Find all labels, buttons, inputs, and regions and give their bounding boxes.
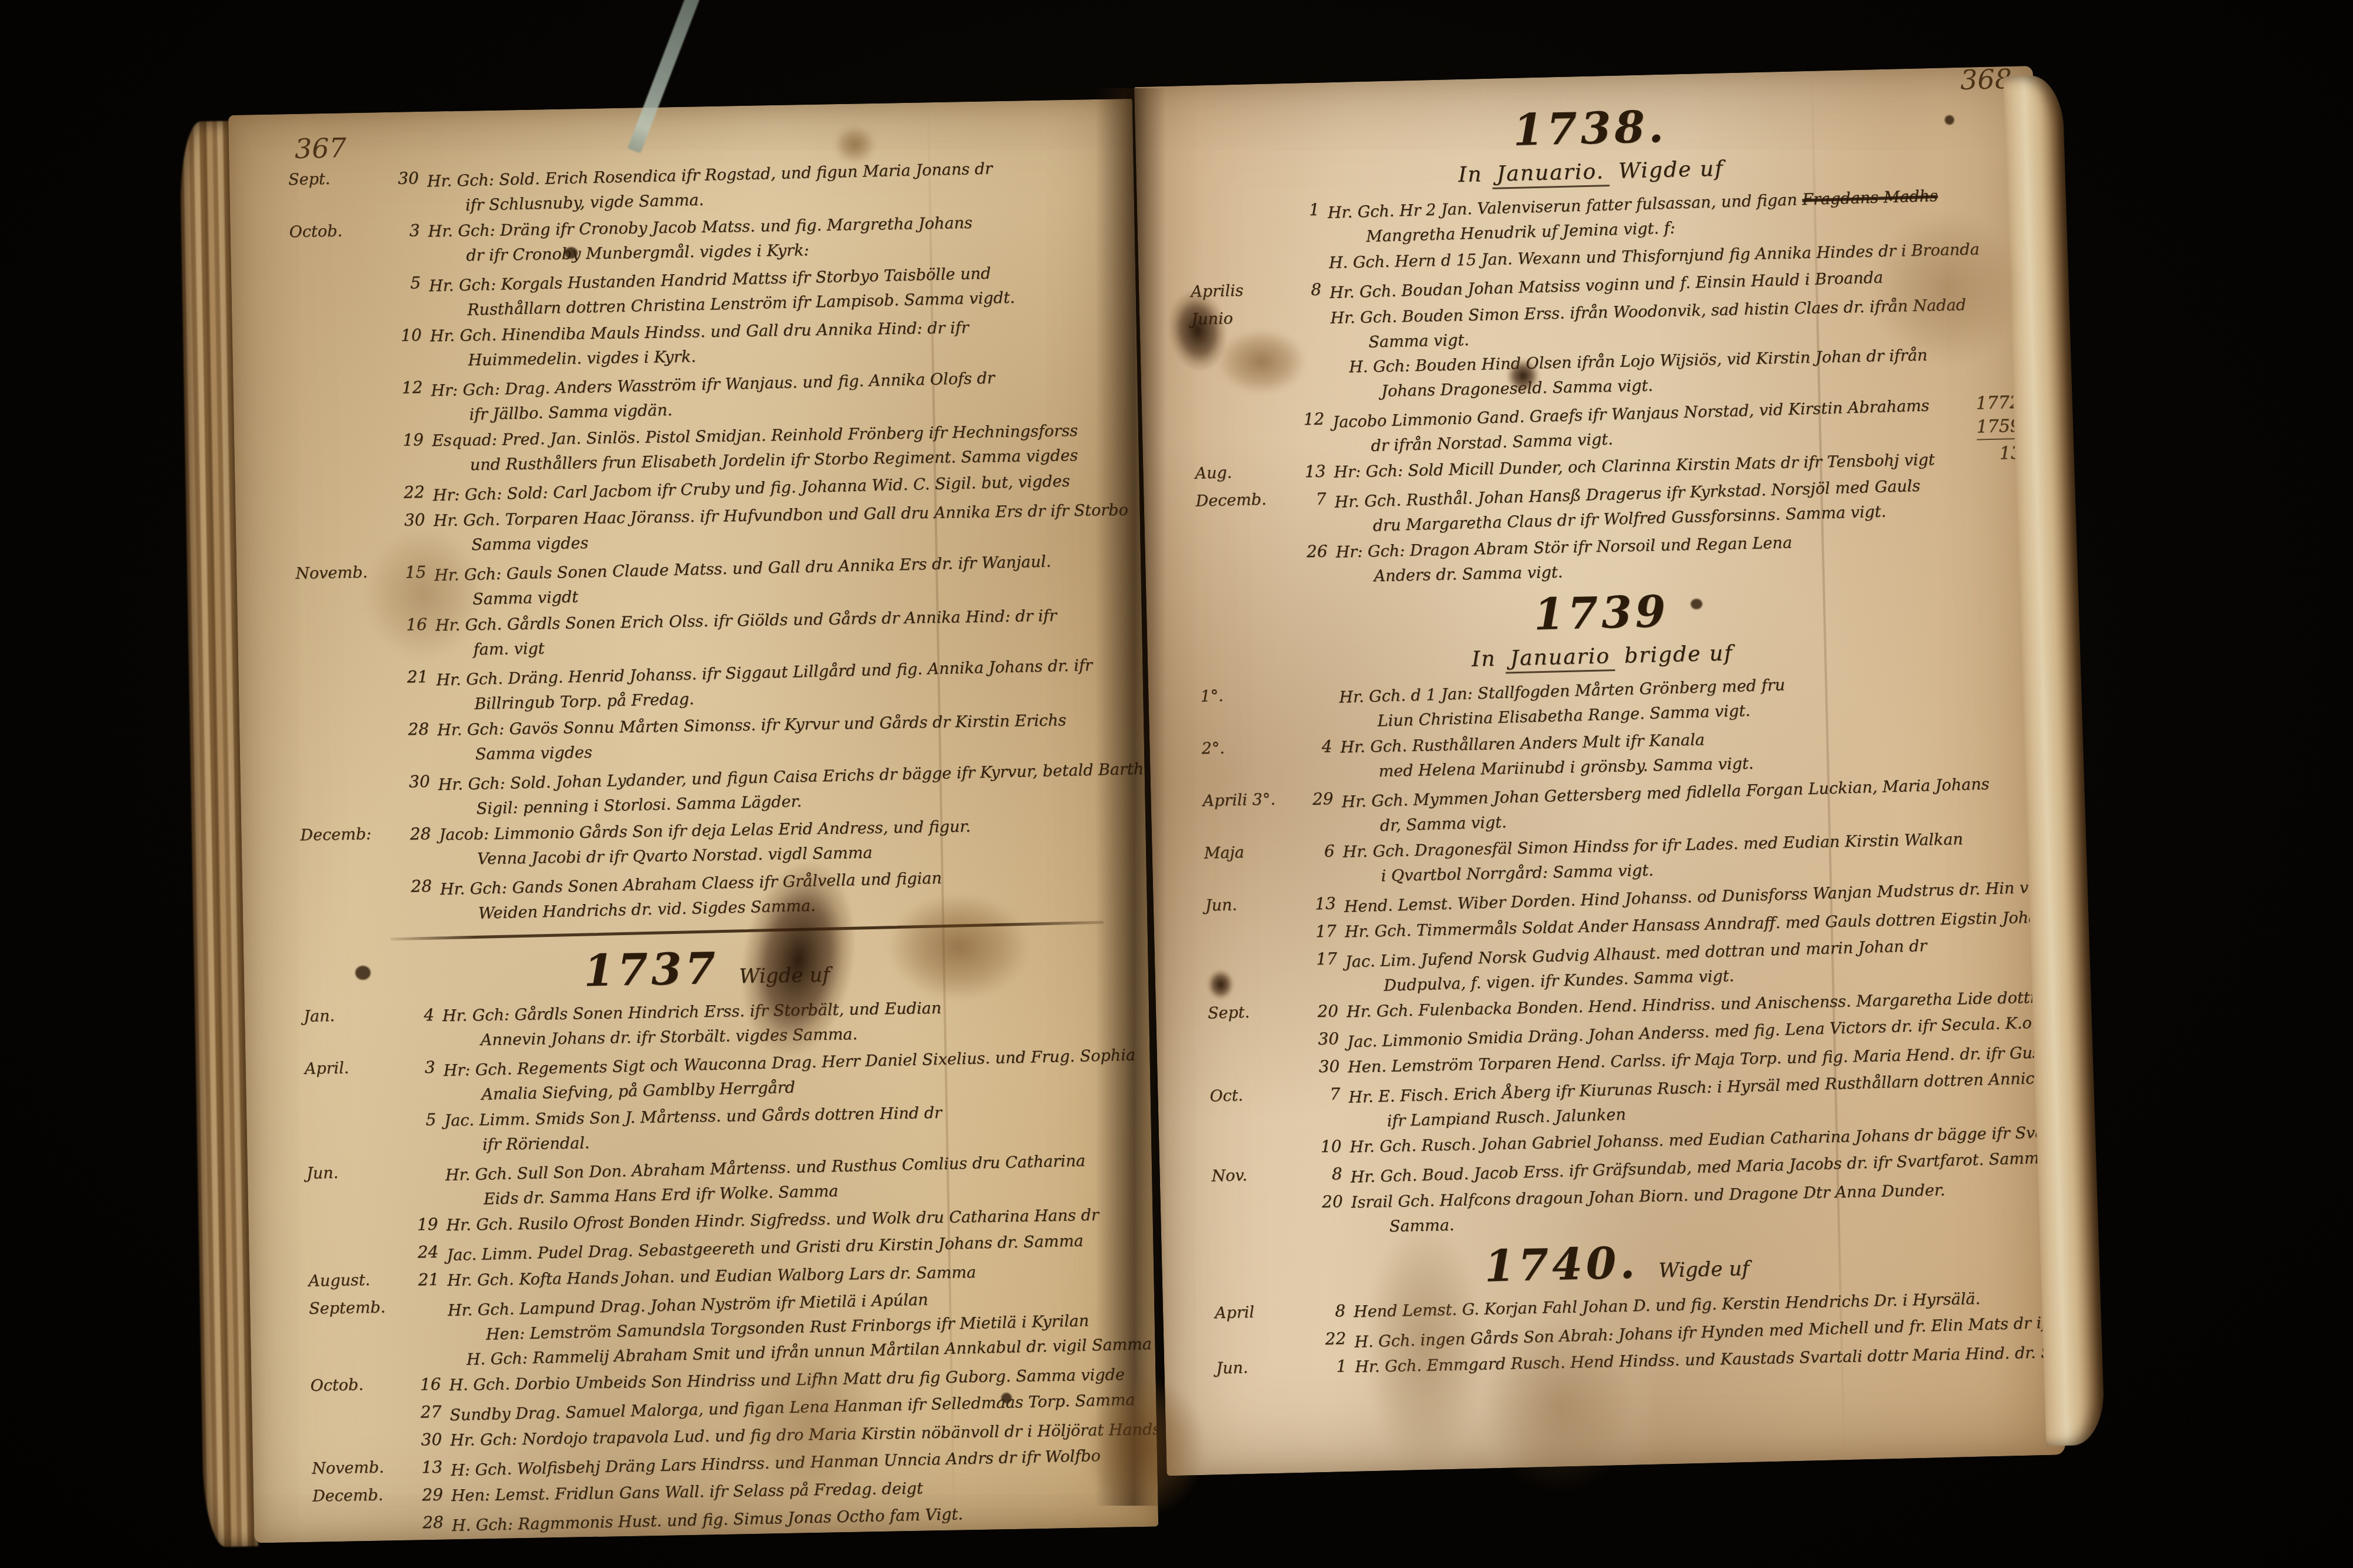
- right-page-entries: 1738.InJanuario.Wigde uf1Hr. Gch. Hr 2 J…: [1134, 66, 2064, 1406]
- entry-month-margin: [293, 431, 387, 482]
- entry-text: Jac. Limm. Smids Son J. Mårtenss. und Gå…: [444, 1098, 1114, 1158]
- entry-month-margin: [297, 668, 391, 719]
- month-heading-pre: In: [1471, 647, 1496, 672]
- entry-month-margin: [311, 1430, 405, 1457]
- entry-month-margin: Decemb:: [300, 825, 394, 876]
- entry-month-margin: [294, 483, 388, 509]
- entry-text: Hr. Gch: Gauls Sonen Claude Matss. und G…: [434, 548, 1104, 613]
- right-page: 368 1772 1759 13 1738.InJanuario.Wigde u…: [1134, 66, 2065, 1476]
- entry-day: 13: [408, 1457, 448, 1483]
- entry-month-margin: April.: [304, 1058, 398, 1109]
- entry-month-margin: Aprili 3°.: [1202, 790, 1297, 842]
- entry-month-margin: [298, 720, 392, 771]
- entry-month-margin: Jun.: [1205, 895, 1298, 922]
- entry-day: [1287, 252, 1326, 278]
- entry-month-margin: Oct.: [1209, 1085, 1304, 1137]
- month-heading-note: brigde uf: [1624, 641, 1734, 668]
- entry-day: 1: [1285, 199, 1325, 250]
- entry-day: 28: [395, 719, 435, 769]
- year-note: Wigde uf: [739, 963, 830, 989]
- entry-text: Hr. Gch: Gavös Sonnu Mårten Simonss. ifr…: [437, 708, 1106, 768]
- entry-month-margin: Jun.: [306, 1163, 401, 1214]
- entry-day: 15: [392, 562, 432, 612]
- entry-month-margin: Aug.: [1195, 462, 1288, 489]
- entry-month-margin: [1190, 253, 1284, 280]
- entry-month-margin: [1207, 950, 1301, 1002]
- entry-day: 19: [404, 1215, 443, 1240]
- entry-day: 19: [389, 430, 429, 480]
- entry-month-margin: Junio: [1191, 308, 1287, 409]
- entry-day: 30: [391, 510, 431, 560]
- entry-day: 30: [396, 772, 436, 822]
- entry-day: 24: [404, 1242, 444, 1267]
- entry-day: 22: [1312, 1329, 1351, 1355]
- entry-month-margin: [311, 1403, 404, 1429]
- ink-speck: [355, 966, 371, 980]
- entry-day: [1288, 307, 1329, 407]
- entry-day: 29: [1299, 789, 1339, 839]
- entry-month-margin: Decemb.: [1195, 490, 1289, 542]
- ink-speck: [1945, 115, 1954, 125]
- entry-day: 17: [1302, 921, 1342, 947]
- entry-month-margin: Jun.: [1216, 1357, 1309, 1384]
- entry-month-margin: Novemb.: [295, 563, 389, 614]
- book-gutter-shadow: [1095, 88, 1166, 1506]
- month-heading-pre: In: [1458, 162, 1482, 187]
- entry-month-margin: Octob.: [289, 221, 383, 272]
- entry-day: 3: [385, 221, 425, 271]
- entry-day: 13: [1291, 461, 1331, 487]
- entry-text: Hr. Gch: Dräng ifr Cronoby Jacob Matss. …: [428, 209, 1097, 269]
- month-heading-month: Januario.: [1492, 159, 1609, 189]
- entry-month-margin: [1208, 1030, 1302, 1057]
- entry-month-margin: [305, 1110, 399, 1162]
- entry-month-margin: 1°.: [1200, 685, 1294, 737]
- entry-month-margin: [1211, 1137, 1304, 1165]
- entry-day: 28: [409, 1513, 449, 1538]
- entry-text: Hr. Gch: Korgals Hustanden Handrid Matts…: [429, 259, 1099, 323]
- ink-speck: [1001, 1393, 1012, 1403]
- entry-day: 20: [1304, 1001, 1344, 1027]
- entry-day: 12: [1290, 409, 1330, 459]
- entry-day: 30: [408, 1430, 447, 1455]
- entry-month-margin: [1197, 542, 1291, 594]
- entry-day: 29: [409, 1485, 448, 1510]
- entry-day: 28: [398, 876, 438, 926]
- entry-text: Hr. Gch: Sold. Erich Rosendica ifr Rogst…: [427, 155, 1097, 219]
- entry-text: Hr. Gch. Sull Son Don. Abraham Mårtenss.…: [445, 1148, 1115, 1213]
- register-entry: JunioHr. Gch. Bouden Simon Erss. ifrån W…: [1191, 292, 1999, 409]
- entry-month-margin: [1209, 1057, 1302, 1085]
- entry-day: 30: [1305, 1029, 1344, 1055]
- entry-day: 28: [396, 824, 436, 874]
- entry-month-margin: [1189, 201, 1283, 252]
- month-heading-note: Wigde uf: [1618, 156, 1724, 183]
- entry-month-margin: [1215, 1330, 1309, 1357]
- left-page-entries: Sept.30Hr. Gch: Sold. Erich Rosendica if…: [228, 99, 1158, 1543]
- entry-day: 20: [1308, 1192, 1348, 1242]
- entry-text: Hr. Gch: Gands Sonen Abraham Claess ifr …: [440, 862, 1110, 927]
- entry-month-margin: [301, 877, 395, 928]
- entry-day: 3: [401, 1057, 441, 1107]
- entry-day: [1297, 684, 1337, 735]
- entry-month-margin: [294, 511, 388, 562]
- entry-day: 16: [393, 615, 433, 665]
- entry-day: 7: [1306, 1084, 1346, 1135]
- year-label: 1739: [1533, 586, 1669, 640]
- entry-day: 27: [407, 1402, 446, 1427]
- entry-day: 21: [405, 1270, 444, 1295]
- entry-month-margin: [1194, 410, 1288, 462]
- entry-month-margin: Maja: [1204, 842, 1298, 894]
- entry-day: 10: [388, 325, 428, 375]
- entry-day: 22: [391, 482, 430, 508]
- entry-month-margin: [291, 326, 385, 377]
- entry-month-margin: [299, 772, 394, 823]
- entry-month-margin: [313, 1513, 406, 1540]
- entry-day: 10: [1307, 1136, 1347, 1162]
- entry-day: 30: [1305, 1056, 1345, 1082]
- entry-day: 8: [1287, 279, 1327, 305]
- entry-day: [403, 1162, 443, 1212]
- entry-month-margin: [1206, 922, 1299, 949]
- entry-text: Hr: Gch: Drag. Anders Wasström ifr Wanja…: [431, 363, 1101, 428]
- entry-month-margin: Sept.: [1208, 1002, 1301, 1029]
- entry-text: Hr. Gch. Torparen Haac Jöranss. ifr Hufv…: [433, 498, 1128, 559]
- entry-day: 17: [1303, 949, 1343, 999]
- entry-month-margin: Sept.: [288, 169, 382, 220]
- entry-month-margin: [308, 1243, 401, 1269]
- entry-month-margin: Nov.: [1211, 1165, 1305, 1192]
- entry-month-margin: Aprilis: [1191, 281, 1284, 308]
- entry-text: Hr. Gch: Gårdls Sonen Hindrich Erss. ifr…: [442, 993, 1112, 1053]
- register-entry: Septemb.Hr. Gch. Lampund Drag. Johan Nys…: [309, 1285, 1118, 1374]
- entry-month-margin: [296, 615, 391, 666]
- entry-text: Jacob: Limmonio Gårds Son ifr deja Lelas…: [439, 812, 1108, 872]
- entry-text: Hr. Gch. Lampund Drag. Johan Nyström ifr…: [448, 1283, 1152, 1373]
- entry-month-margin: Septemb.: [309, 1298, 403, 1374]
- year-note: Wigde uf: [1658, 1257, 1749, 1283]
- entry-day: 4: [400, 1005, 440, 1055]
- entry-day: 13: [1301, 893, 1341, 919]
- entry-day: 12: [388, 378, 428, 428]
- month-heading-month: Januario: [1505, 644, 1615, 673]
- entry-text: Esquad: Pred. Jan. Sinlös. Pistol Smidja…: [432, 418, 1101, 478]
- entry-day: 21: [394, 667, 434, 717]
- year-label: 1740.: [1484, 1237, 1639, 1292]
- entry-day: 4: [1298, 736, 1338, 787]
- year-heading: 1737Wigde uf: [302, 936, 1111, 1002]
- entry-text: Hr. Gch. Dräng. Henrid Johanss. ifr Sigg…: [436, 653, 1106, 718]
- entry-month-margin: April: [1215, 1302, 1308, 1329]
- entry-month-margin: Decemb.: [312, 1486, 406, 1512]
- entry-month-margin: August.: [308, 1270, 402, 1297]
- entry-text: Hr. Gch. Gårdls Sonen Erich Olss. ifr Gi…: [435, 603, 1105, 663]
- entry-text: Hr. Gch. Bouden Simon Erss. ifrån Woodon…: [1330, 292, 1999, 405]
- entry-day: 8: [1308, 1164, 1347, 1190]
- entry-day: 5: [386, 273, 426, 323]
- entry-day: 30: [385, 168, 425, 218]
- entry-month-margin: Octob.: [310, 1375, 404, 1402]
- entry-month-margin: [307, 1215, 401, 1242]
- entry-month-margin: [292, 378, 386, 429]
- entry-month-margin: [1212, 1193, 1306, 1245]
- ink-speck: [1691, 599, 1702, 609]
- entry-month-margin: [290, 273, 384, 325]
- struck-out-text: Fragdans Madhs: [1802, 187, 1938, 209]
- entry-day: 16: [406, 1374, 446, 1400]
- year-label: 1737: [583, 943, 719, 996]
- entry-day: 6: [1300, 841, 1340, 892]
- entry-month-margin: Novemb.: [312, 1458, 405, 1484]
- ink-speck: [565, 247, 578, 259]
- entry-day: 5: [402, 1110, 442, 1160]
- photograph-of-open-register-book: 367 Sept.30Hr. Gch: Sold. Erich Rosendic…: [0, 0, 2353, 1568]
- entry-day: 7: [1292, 489, 1332, 539]
- entry-day: 8: [1311, 1301, 1351, 1327]
- entry-day: 26: [1293, 541, 1333, 592]
- left-page: 367 Sept.30Hr. Gch: Sold. Erich Rosendic…: [228, 99, 1158, 1543]
- entry-day: 1: [1312, 1356, 1352, 1382]
- entry-month-margin: Jan.: [304, 1006, 398, 1057]
- entry-text: Hr. Gch. Hinendiba Mauls Hindss. und Gal…: [430, 313, 1099, 373]
- year-label: 1738.: [1512, 102, 1668, 156]
- entry-day: [405, 1297, 445, 1372]
- entry-month-margin: 2°.: [1201, 738, 1295, 789]
